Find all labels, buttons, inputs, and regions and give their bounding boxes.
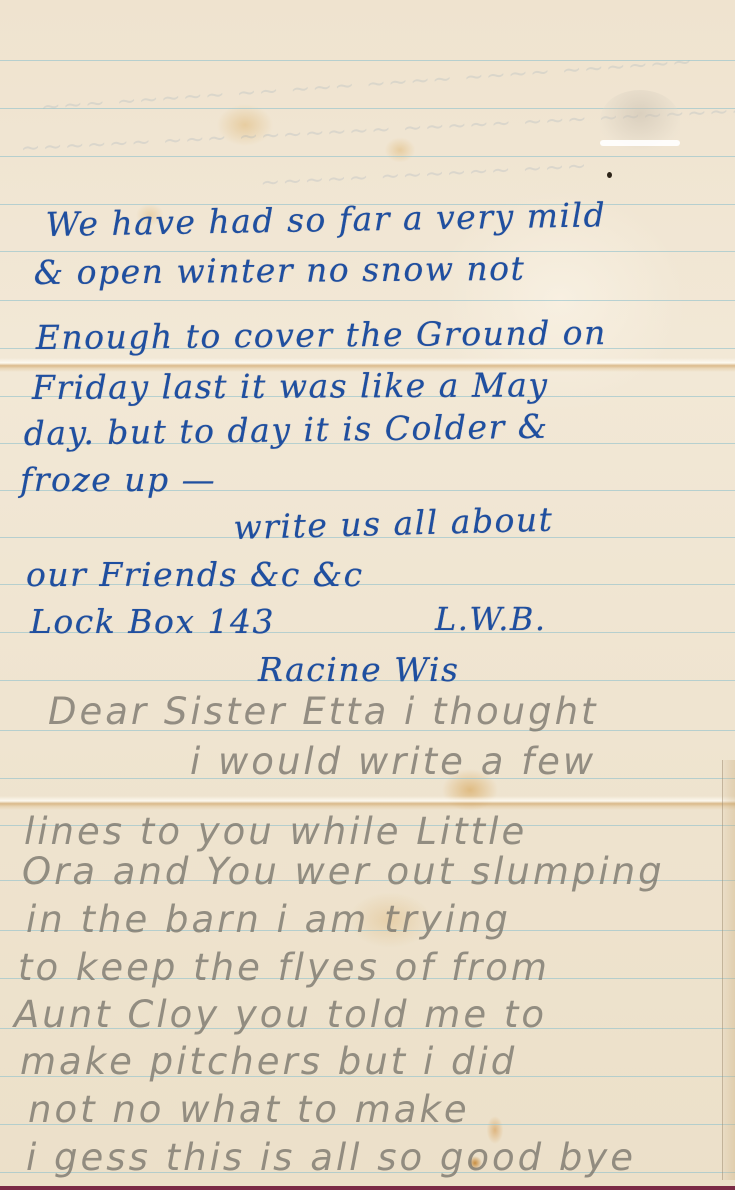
pencil-line-5: in the barn i am trying — [26, 898, 511, 941]
closing-line: write us all about — [233, 500, 554, 547]
margin-doodle — [722, 760, 735, 1180]
closing-line-continued: our Friends &c &c — [26, 555, 364, 594]
paper-fold-lower — [0, 796, 735, 810]
letter-page: ~~~ ~~~~~ ~~ ~~~ ~~~~ ~~~~ ~~~~~~ ~~~~~~… — [0, 0, 735, 1186]
place-line: Racine Wis — [258, 650, 459, 689]
ink-line-2: & open winter no snow not — [34, 249, 526, 292]
ink-line-4: Friday last it was like a May — [32, 365, 549, 407]
ink-line-5: day. but to day it is Colder & — [23, 407, 548, 453]
ruled-line — [0, 300, 735, 301]
ink-line-3: Enough to cover the Ground on — [36, 313, 607, 357]
pencil-line-6: to keep the flyes of from — [18, 946, 550, 989]
paper-emboss-mark — [600, 90, 680, 150]
pencil-line-8: make pitchers but i did — [20, 1040, 517, 1083]
pencil-line-3: lines to you while Little — [24, 810, 527, 853]
ink-speck — [607, 172, 612, 178]
ink-line-6: froze up — — [20, 460, 216, 499]
pencil-line-7: Aunt Cloy you told me to — [14, 993, 547, 1036]
pencil-line-10: i gess this is all so good bye — [26, 1136, 636, 1179]
ink-line-1: We have had so far a very mild — [45, 195, 606, 244]
pencil-line-2: i would write a few — [190, 740, 596, 783]
pencil-line-1: Dear Sister Etta i thought — [48, 690, 599, 733]
address-line: Lock Box 143 — [30, 602, 275, 641]
signature: L.W.B. — [435, 600, 547, 638]
bleed-through-text: ~~~~~ ~~~~~~ ~~~ — [259, 151, 589, 196]
pencil-line-4: Ora and You wer out slumping — [22, 850, 665, 893]
pencil-line-9: not no what to make — [28, 1088, 470, 1131]
